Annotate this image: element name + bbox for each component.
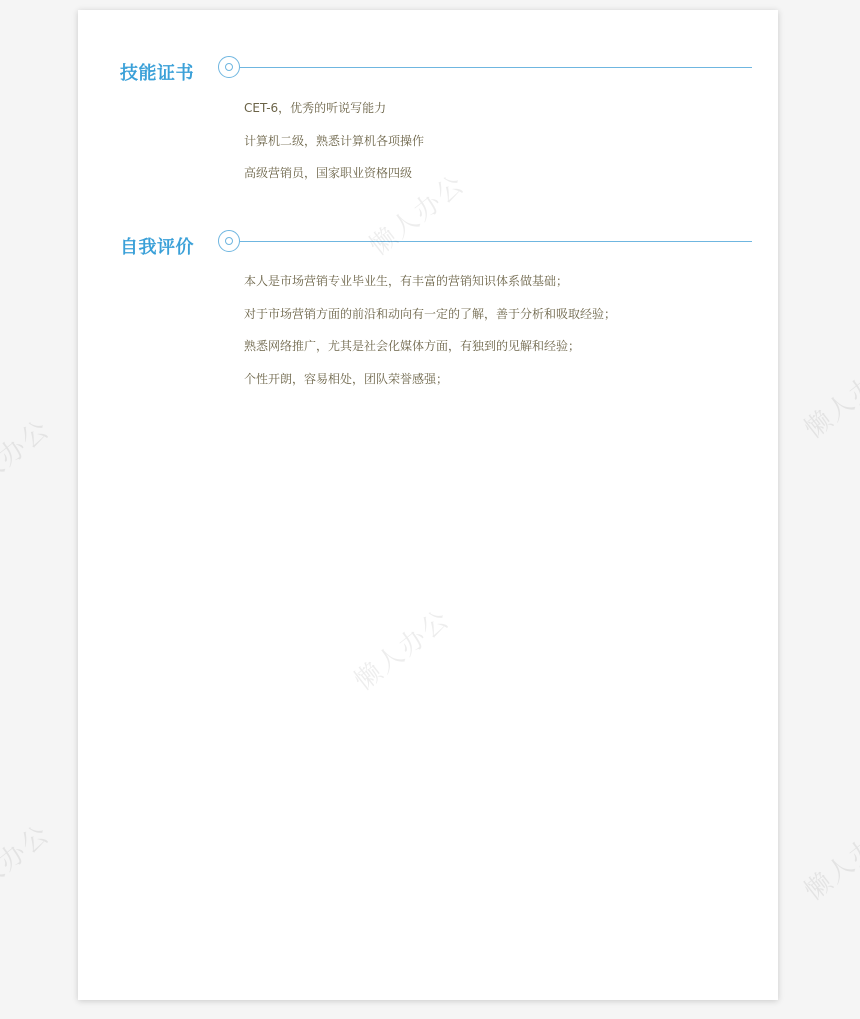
section-title: 自我评价 [120,233,194,259]
list-item: 个性开朗，容易相处，团队荣誉感强； [244,371,616,404]
list-item: 本人是市场营销专业毕业生，有丰富的营销知识体系做基础； [244,273,616,306]
section-title: 技能证书 [120,59,194,85]
watermark: 懒人办公 [795,347,860,445]
resume-page: 技能证书 CET-6，优秀的听说写能力 计算机二级，熟悉计算机各项操作 高级营销… [78,10,778,1000]
list-item: 计算机二级，熟悉计算机各项操作 [244,133,424,166]
list-item: 对于市场营销方面的前沿和动向有一定的了解，善于分析和吸取经验； [244,306,616,339]
watermark: 懒人办公 [0,814,57,912]
section-marker-icon [218,230,240,252]
section-items: 本人是市场营销专业毕业生，有丰富的营销知识体系做基础； 对于市场营销方面的前沿和… [244,273,616,403]
section-items: CET-6，优秀的听说写能力 计算机二级，熟悉计算机各项操作 高级营销员，国家职… [244,100,424,198]
list-item: 熟悉网络推广，尤其是社会化媒体方面，有独到的见解和经验； [244,338,616,371]
section-divider [240,67,752,68]
list-item: 高级营销员，国家职业资格四级 [244,165,424,198]
section-marker-icon [218,56,240,78]
list-item: CET-6，优秀的听说写能力 [244,100,424,133]
watermark: 懒人办公 [0,409,57,507]
section-divider [240,241,752,242]
watermark: 懒人办公 [795,809,860,907]
